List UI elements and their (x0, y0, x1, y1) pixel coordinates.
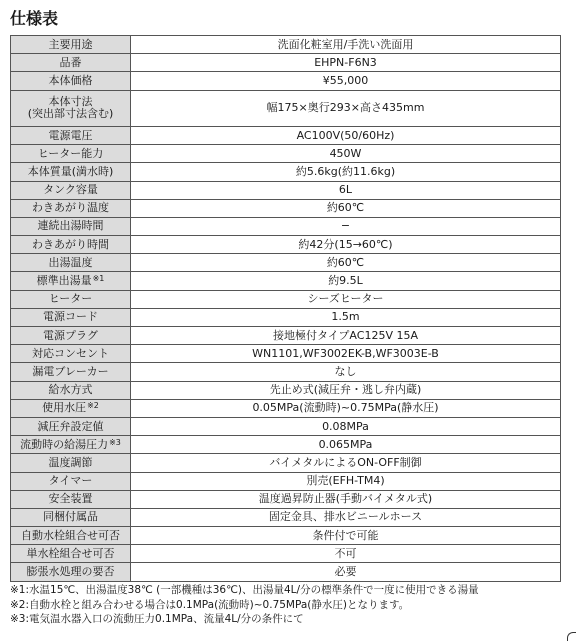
row-label: タンク容量 (11, 181, 131, 199)
table-row: 漏電ブレーカーなし (11, 363, 561, 381)
table-row: 自動水栓組合せ可否条件付で可能 (11, 527, 561, 545)
row-value: ¥55,000 (131, 72, 561, 90)
row-value: 不可 (131, 545, 561, 563)
row-label: 同梱付属品 (11, 508, 131, 526)
row-value: バイメタルによるON-OFF制御 (131, 454, 561, 472)
row-value: なし (131, 363, 561, 381)
row-label: ヒーター能力 (11, 145, 131, 163)
table-row: 安全装置温度過昇防止器(手動バイメタル式) (11, 490, 561, 508)
row-value: 接地極付タイプAC125V 15A (131, 327, 561, 345)
footnote-marker: ※1 (93, 274, 105, 283)
table-row: 膨張水処理の要否必要 (11, 563, 561, 581)
table-row: タンク容量6L (11, 181, 561, 199)
row-value: 0.08MPa (131, 417, 561, 435)
row-value: 0.05MPa(流動時)~0.75MPa(静水圧) (131, 399, 561, 417)
table-row: 温度調節バイメタルによるON-OFF制御 (11, 454, 561, 472)
row-value: 約9.5L (131, 272, 561, 290)
row-label-text: 流動時の給湯圧力 (20, 438, 108, 451)
row-value: 洗面化粧室用/手洗い洗面用 (131, 36, 561, 54)
row-value: 先止め式(減圧弁・逃し弁内蔵) (131, 381, 561, 399)
table-row: タイマー別売(EFH-TM4) (11, 472, 561, 490)
row-value: 別売(EFH-TM4) (131, 472, 561, 490)
footnotes: ※1:水温15℃、出湯温度38℃ (一部機種は36℃)、出湯量4L/分の標準条件… (10, 583, 479, 627)
page-corner-mark (567, 632, 576, 641)
row-label: 流動時の給湯圧力※3 (11, 436, 131, 454)
footnote-2: ※2:自動水栓と組み合わせる場合は0.1MPa(流動時)~0.75MPa(静水圧… (10, 598, 479, 613)
row-value: 約60℃ (131, 254, 561, 272)
row-label: 対応コンセント (11, 345, 131, 363)
row-label: ヒーター (11, 290, 131, 308)
spec-table: 主要用途洗面化粧室用/手洗い洗面用 品番EHPN-F6N3 本体価格¥55,00… (10, 35, 561, 582)
row-value: 幅175×奥行293×高さ435mm (131, 90, 561, 126)
footnote-1: ※1:水温15℃、出湯温度38℃ (一部機種は36℃)、出湯量4L/分の標準条件… (10, 583, 479, 598)
row-value: 温度過昇防止器(手動バイメタル式) (131, 490, 561, 508)
table-row: ヒーター能力450W (11, 145, 561, 163)
table-row: 主要用途洗面化粧室用/手洗い洗面用 (11, 36, 561, 54)
table-row: 対応コンセントWN1101,WF3002EK-B,WF3003E-B (11, 345, 561, 363)
table-row: 本体寸法 (突出部寸法含む) 幅175×奥行293×高さ435mm (11, 90, 561, 126)
row-label: わきあがり温度 (11, 199, 131, 217)
row-label: 漏電ブレーカー (11, 363, 131, 381)
row-value: 450W (131, 145, 561, 163)
row-label: 温度調節 (11, 454, 131, 472)
row-label: わきあがり時間 (11, 236, 131, 254)
table-row: 本体価格¥55,000 (11, 72, 561, 90)
row-label: 使用水圧※2 (11, 399, 131, 417)
page-title: 仕様表 (10, 6, 58, 29)
row-value: 6L (131, 181, 561, 199)
row-value: − (131, 217, 561, 235)
table-row: 単水栓組合せ可否不可 (11, 545, 561, 563)
footnote-marker: ※2 (87, 401, 99, 410)
row-value: 1.5m (131, 308, 561, 326)
row-label: 減圧弁設定値 (11, 417, 131, 435)
table-row: 本体質量(満水時)約5.6kg(約11.6kg) (11, 163, 561, 181)
table-row: 電源コード1.5m (11, 308, 561, 326)
row-label: 本体価格 (11, 72, 131, 90)
row-value: 約5.6kg(約11.6kg) (131, 163, 561, 181)
row-label: 本体寸法 (突出部寸法含む) (11, 90, 131, 126)
table-row: 電源電圧AC100V(50/60Hz) (11, 126, 561, 144)
row-label: 膨張水処理の要否 (11, 563, 131, 581)
row-value: 0.065MPa (131, 436, 561, 454)
row-label: 出湯温度 (11, 254, 131, 272)
row-label-text: 使用水圧 (42, 401, 86, 414)
table-row: わきあがり温度約60℃ (11, 199, 561, 217)
row-label-text: 標準出湯量 (37, 274, 92, 287)
row-label: 本体質量(満水時) (11, 163, 131, 181)
table-row: 品番EHPN-F6N3 (11, 54, 561, 72)
table-row: 標準出湯量※1約9.5L (11, 272, 561, 290)
row-label: 安全装置 (11, 490, 131, 508)
row-value: AC100V(50/60Hz) (131, 126, 561, 144)
row-label: 標準出湯量※1 (11, 272, 131, 290)
table-row: 電源プラグ接地極付タイプAC125V 15A (11, 327, 561, 345)
row-label-line2: (突出部寸法含む) (11, 108, 130, 120)
row-label: タイマー (11, 472, 131, 490)
table-row: わきあがり時間約42分(15→60℃) (11, 236, 561, 254)
row-label: 品番 (11, 54, 131, 72)
row-value: EHPN-F6N3 (131, 54, 561, 72)
row-value: 条件付で可能 (131, 527, 561, 545)
footnote-3: ※3:電気温水器入口の流動圧力0.1MPa、流量4L/分の条件にて (10, 612, 479, 627)
row-label: 自動水栓組合せ可否 (11, 527, 131, 545)
row-label: 電源コード (11, 308, 131, 326)
row-label: 電源電圧 (11, 126, 131, 144)
footnote-marker: ※3 (109, 438, 121, 447)
table-row: 出湯温度約60℃ (11, 254, 561, 272)
row-value: 固定金具、排水ビニールホース (131, 508, 561, 526)
table-row: 流動時の給湯圧力※30.065MPa (11, 436, 561, 454)
row-label: 給水方式 (11, 381, 131, 399)
table-row: 同梱付属品固定金具、排水ビニールホース (11, 508, 561, 526)
row-label: 連続出湯時間 (11, 217, 131, 235)
row-value: 約60℃ (131, 199, 561, 217)
table-row: 減圧弁設定値0.08MPa (11, 417, 561, 435)
row-value: 約42分(15→60℃) (131, 236, 561, 254)
row-label: 電源プラグ (11, 327, 131, 345)
table-row: ヒーターシーズヒーター (11, 290, 561, 308)
table-row: 使用水圧※20.05MPa(流動時)~0.75MPa(静水圧) (11, 399, 561, 417)
row-value: シーズヒーター (131, 290, 561, 308)
row-label: 主要用途 (11, 36, 131, 54)
row-value: 必要 (131, 563, 561, 581)
row-value: WN1101,WF3002EK-B,WF3003E-B (131, 345, 561, 363)
row-label: 単水栓組合せ可否 (11, 545, 131, 563)
table-row: 給水方式先止め式(減圧弁・逃し弁内蔵) (11, 381, 561, 399)
table-row: 連続出湯時間− (11, 217, 561, 235)
